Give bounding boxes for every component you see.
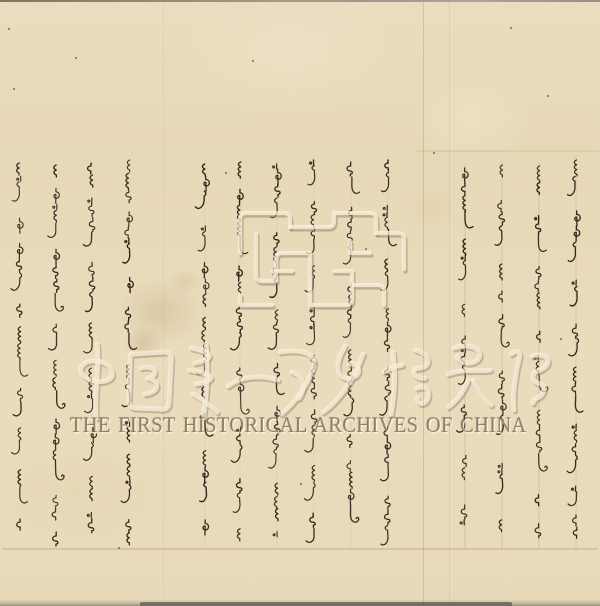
script-column bbox=[83, 163, 97, 533]
archive-watermark-chinese bbox=[80, 344, 549, 420]
script-column bbox=[567, 156, 583, 549]
script-column bbox=[48, 165, 65, 546]
archive-emblem-watermark bbox=[240, 213, 406, 308]
script-column bbox=[495, 161, 510, 549]
scan-edge-top bbox=[0, 0, 600, 2]
scan-edge-bottom-band bbox=[140, 602, 512, 606]
manuscript-page: THE FIRST HISTORICAL ARCHIVES OF CHINA bbox=[0, 0, 600, 606]
manuscript-ink-layer bbox=[0, 0, 600, 606]
script-column bbox=[11, 163, 28, 530]
